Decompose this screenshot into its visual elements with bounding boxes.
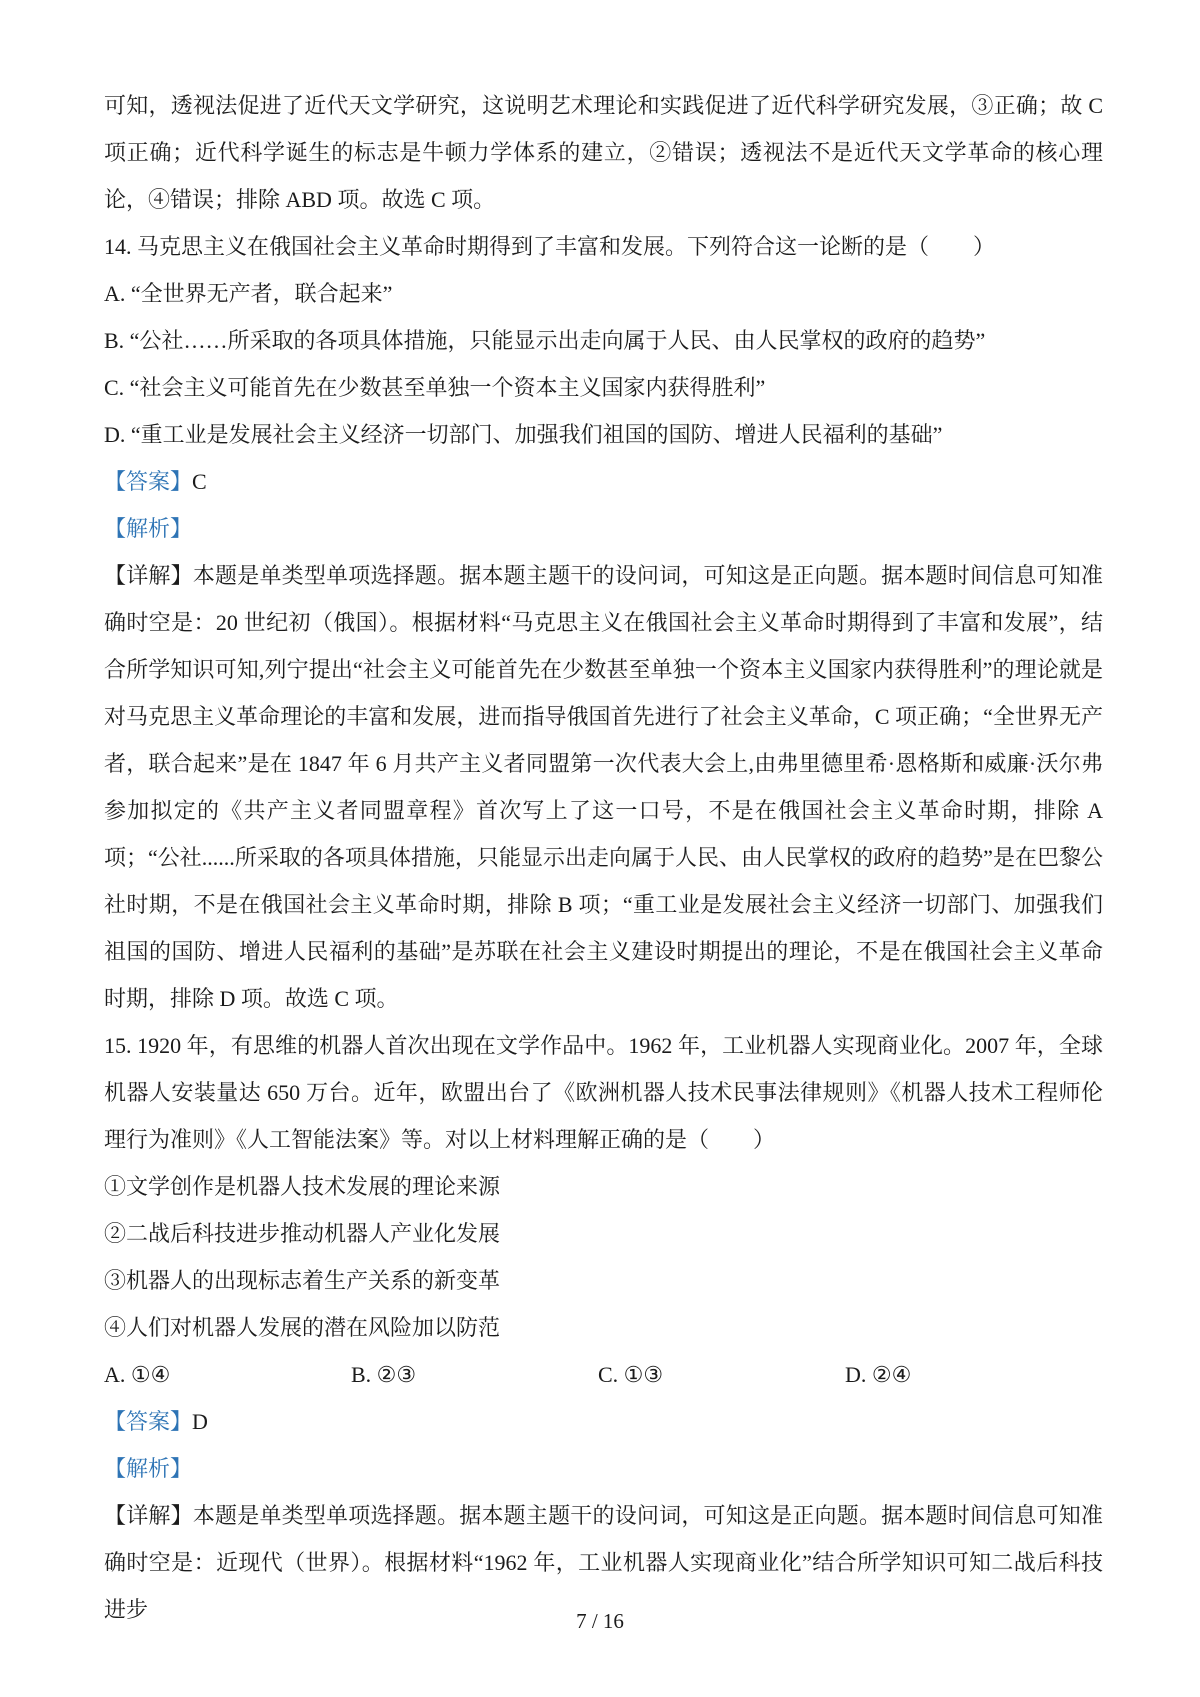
q15-options-row: A. ①④ B. ②③ C. ①③ D. ②④: [104, 1351, 1103, 1398]
q15-detail-label: 【详解】: [104, 1503, 193, 1528]
q14-detail-text: 本题是单类型单项选择题。据本题主题干的设问词，可知这是正向题。据本题时间信息可知…: [104, 563, 1103, 1011]
q15-answer-value: D: [192, 1409, 208, 1434]
q14-detail-paragraph: 【详解】本题是单类型单项选择题。据本题主题干的设问词，可知这是正向题。据本题时间…: [104, 552, 1103, 1022]
page-content: 可知，透视法促进了近代天文学研究，这说明艺术理论和实践促进了近代科学研究发展，③…: [104, 82, 1103, 1633]
q14-stem: 14. 马克思主义在俄国社会主义革命时期得到了丰富和发展。下列符合这一论断的是（…: [104, 223, 1103, 270]
q15-analysis-line: 【解析】: [104, 1445, 1103, 1492]
q13-explanation-tail: 可知，透视法促进了近代天文学研究，这说明艺术理论和实践促进了近代科学研究发展，③…: [104, 82, 1103, 223]
q14-option-b: B. “公社……所采取的各项具体措施，只能显示出走向属于人民、由人民掌权的政府的…: [104, 317, 1103, 364]
q14-analysis-line: 【解析】: [104, 505, 1103, 552]
q14-option-c: C. “社会主义可能首先在少数甚至单独一个资本主义国家内获得胜利”: [104, 364, 1103, 411]
q14-detail-label: 【详解】: [104, 563, 193, 588]
q15-stem: 15. 1920 年，有思维的机器人首次出现在文学作品中。1962 年，工业机器…: [104, 1022, 1103, 1163]
q15-option-c: C. ①③: [598, 1351, 845, 1398]
q14-answer-label: 【答案】: [104, 469, 192, 494]
q14-analysis-label: 【解析】: [104, 516, 192, 541]
q15-statement-3: ③机器人的出现标志着生产关系的新变革: [104, 1257, 1103, 1304]
q15-statement-2: ②二战后科技进步推动机器人产业化发展: [104, 1210, 1103, 1257]
q15-answer-line: 【答案】D: [104, 1398, 1103, 1445]
q15-detail-text: 本题是单类型单项选择题。据本题主题干的设问词，可知这是正向题。据本题时间信息可知…: [104, 1503, 1103, 1622]
q15-statement-4: ④人们对机器人发展的潜在风险加以防范: [104, 1304, 1103, 1351]
q14-answer-line: 【答案】C: [104, 458, 1103, 505]
document-page: 可知，透视法促进了近代天文学研究，这说明艺术理论和实践促进了近代科学研究发展，③…: [0, 0, 1200, 1697]
page-number: 7 / 16: [0, 1606, 1200, 1636]
q14-answer-value: C: [192, 469, 207, 494]
q15-statement-1: ①文学创作是机器人技术发展的理论来源: [104, 1163, 1103, 1210]
q15-answer-label: 【答案】: [104, 1409, 192, 1434]
q15-option-a: A. ①④: [104, 1351, 351, 1398]
q14-option-d: D. “重工业是发展社会主义经济一切部门、加强我们祖国的国防、增进人民福利的基础…: [104, 411, 1103, 458]
q15-option-d: D. ②④: [845, 1351, 1103, 1398]
q15-option-b: B. ②③: [351, 1351, 598, 1398]
q14-option-a: A. “全世界无产者，联合起来”: [104, 270, 1103, 317]
q15-analysis-label: 【解析】: [104, 1456, 192, 1481]
